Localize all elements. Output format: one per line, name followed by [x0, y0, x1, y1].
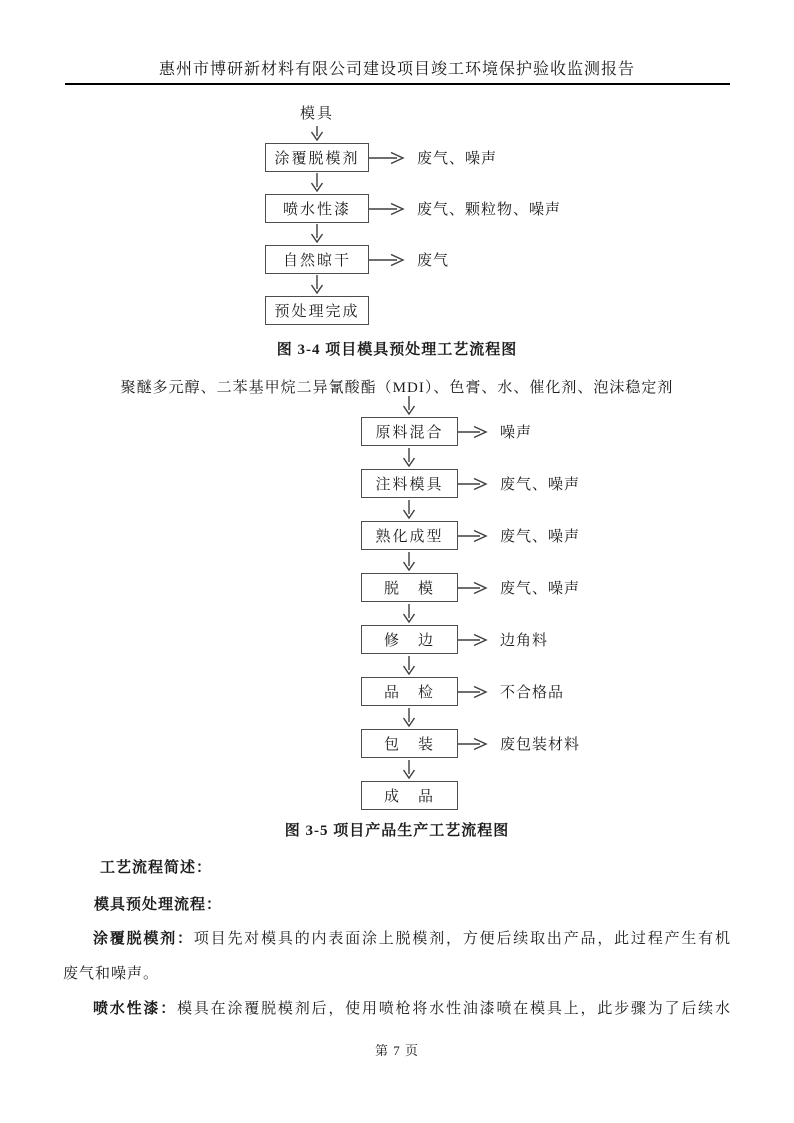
flow-step-row: 喷水性漆 废气、颗粒物、噪声 [265, 194, 561, 223]
down-arrow-icon [402, 552, 416, 572]
flow-step-row: 熟化成型 废气、噪声 [361, 521, 580, 550]
down-arrow-icon [402, 448, 416, 468]
right-arrow-icon [458, 633, 490, 647]
right-arrow-icon [458, 737, 490, 751]
flow-step-row: 预处理完成 [265, 296, 369, 325]
page-number: 第 7 页 [0, 1040, 794, 1059]
right-arrow-icon [458, 581, 490, 595]
flow-step-row: 涂覆脱模剂 废气、噪声 [265, 143, 497, 172]
process-box: 品 检 [361, 677, 458, 706]
paragraph-release-agent-line2: 废气和噪声。 [63, 963, 731, 985]
paragraph-lead: 涂覆脱模剂： [93, 931, 194, 947]
right-arrow-icon [369, 253, 407, 267]
paragraph-release-agent-line1: 涂覆脱模剂：项目先对模具的内表面涂上脱模剂，方便后续取出产品，此过程产生有机 [63, 928, 731, 950]
down-arrow-icon [402, 656, 416, 676]
down-arrow-icon [402, 500, 416, 520]
process-box: 喷水性漆 [265, 194, 369, 223]
process-box: 修 边 [361, 625, 458, 654]
process-output-label: 废气、噪声 [500, 577, 580, 598]
process-output-label: 废气、噪声 [500, 525, 580, 546]
paragraph-lead: 喷水性漆： [93, 1001, 177, 1017]
process-output-label: 废气、噪声 [500, 473, 580, 494]
report-title: 惠州市博研新材料有限公司建设项目竣工环境保护验收监测报告 [0, 56, 794, 79]
process-box: 原料混合 [361, 417, 458, 446]
right-arrow-icon [458, 425, 490, 439]
figure-3-4-flowchart: 模具 涂覆脱模剂 废气、噪声 喷水性漆 废气、颗粒物、噪声 自然晾干 废气 预处… [265, 102, 561, 325]
process-box: 包 装 [361, 729, 458, 758]
figure-3-5-flowchart: 原料混合 噪声 注料模具 废气、噪声 熟化成型 废气、噪声 脱 模 废气、噪声 … [361, 396, 580, 810]
process-output-label: 废气、颗粒物、噪声 [417, 198, 561, 219]
process-box: 脱 模 [361, 573, 458, 602]
down-arrow-icon [310, 275, 324, 295]
down-arrow-icon [402, 396, 416, 416]
section-heading-mold-pretreatment: 模具预处理流程： [94, 893, 222, 914]
down-arrow-icon [310, 224, 324, 244]
section-heading-process-summary: 工艺流程简述： [100, 856, 212, 877]
down-arrow-icon [402, 604, 416, 624]
right-arrow-icon [369, 202, 407, 216]
down-arrow-icon [402, 708, 416, 728]
down-arrow-icon [402, 760, 416, 780]
flow-step-row: 包 装 废包装材料 [361, 729, 580, 758]
figure-caption: 图 3-5 项目产品生产工艺流程图 [0, 819, 794, 840]
right-arrow-icon [458, 529, 490, 543]
process-box: 注料模具 [361, 469, 458, 498]
paragraph-text: 模具在涂覆脱模剂后，使用喷枪将水性油漆喷在模具上，此步骤为了后续水 [177, 1001, 731, 1017]
header-divider [65, 83, 730, 85]
process-box: 涂覆脱模剂 [265, 143, 369, 172]
right-arrow-icon [458, 477, 490, 491]
process-output-label: 废包装材料 [500, 733, 580, 754]
flow-input-label: 聚醚多元醇、二苯基甲烷二异氰酸酯（MDI）、色膏、水、催化剂、泡沫稳定剂 [0, 376, 794, 397]
process-output-label: 噪声 [500, 421, 532, 442]
flow-input-label: 模具 [265, 102, 369, 126]
process-box: 成 品 [361, 781, 458, 810]
process-output-label: 废气、噪声 [417, 147, 497, 168]
process-output-label: 废气 [417, 249, 449, 270]
flow-step-row: 脱 模 废气、噪声 [361, 573, 580, 602]
process-box: 熟化成型 [361, 521, 458, 550]
process-output-label: 不合格品 [500, 681, 564, 702]
down-arrow-icon [310, 173, 324, 193]
flow-step-row: 品 检 不合格品 [361, 677, 564, 706]
down-arrow-icon [310, 126, 324, 142]
flow-step-row: 原料混合 噪声 [361, 417, 532, 446]
process-box: 预处理完成 [265, 296, 369, 325]
paragraph-water-paint: 喷水性漆：模具在涂覆脱模剂后，使用喷枪将水性油漆喷在模具上，此步骤为了后续水 [63, 998, 731, 1020]
flow-step-row: 注料模具 废气、噪声 [361, 469, 580, 498]
document-page: 惠州市博研新材料有限公司建设项目竣工环境保护验收监测报告 模具 涂覆脱模剂 废气… [0, 0, 794, 1123]
figure-caption: 图 3-4 项目模具预处理工艺流程图 [0, 338, 794, 359]
flow-step-row: 自然晾干 废气 [265, 245, 449, 274]
process-box: 自然晾干 [265, 245, 369, 274]
paragraph-text: 项目先对模具的内表面涂上脱模剂，方便后续取出产品，此过程产生有机 [194, 931, 731, 947]
flow-step-row: 修 边 边角料 [361, 625, 548, 654]
process-output-label: 边角料 [500, 629, 548, 650]
right-arrow-icon [458, 685, 490, 699]
flow-step-row: 成 品 [361, 781, 458, 810]
right-arrow-icon [369, 151, 407, 165]
